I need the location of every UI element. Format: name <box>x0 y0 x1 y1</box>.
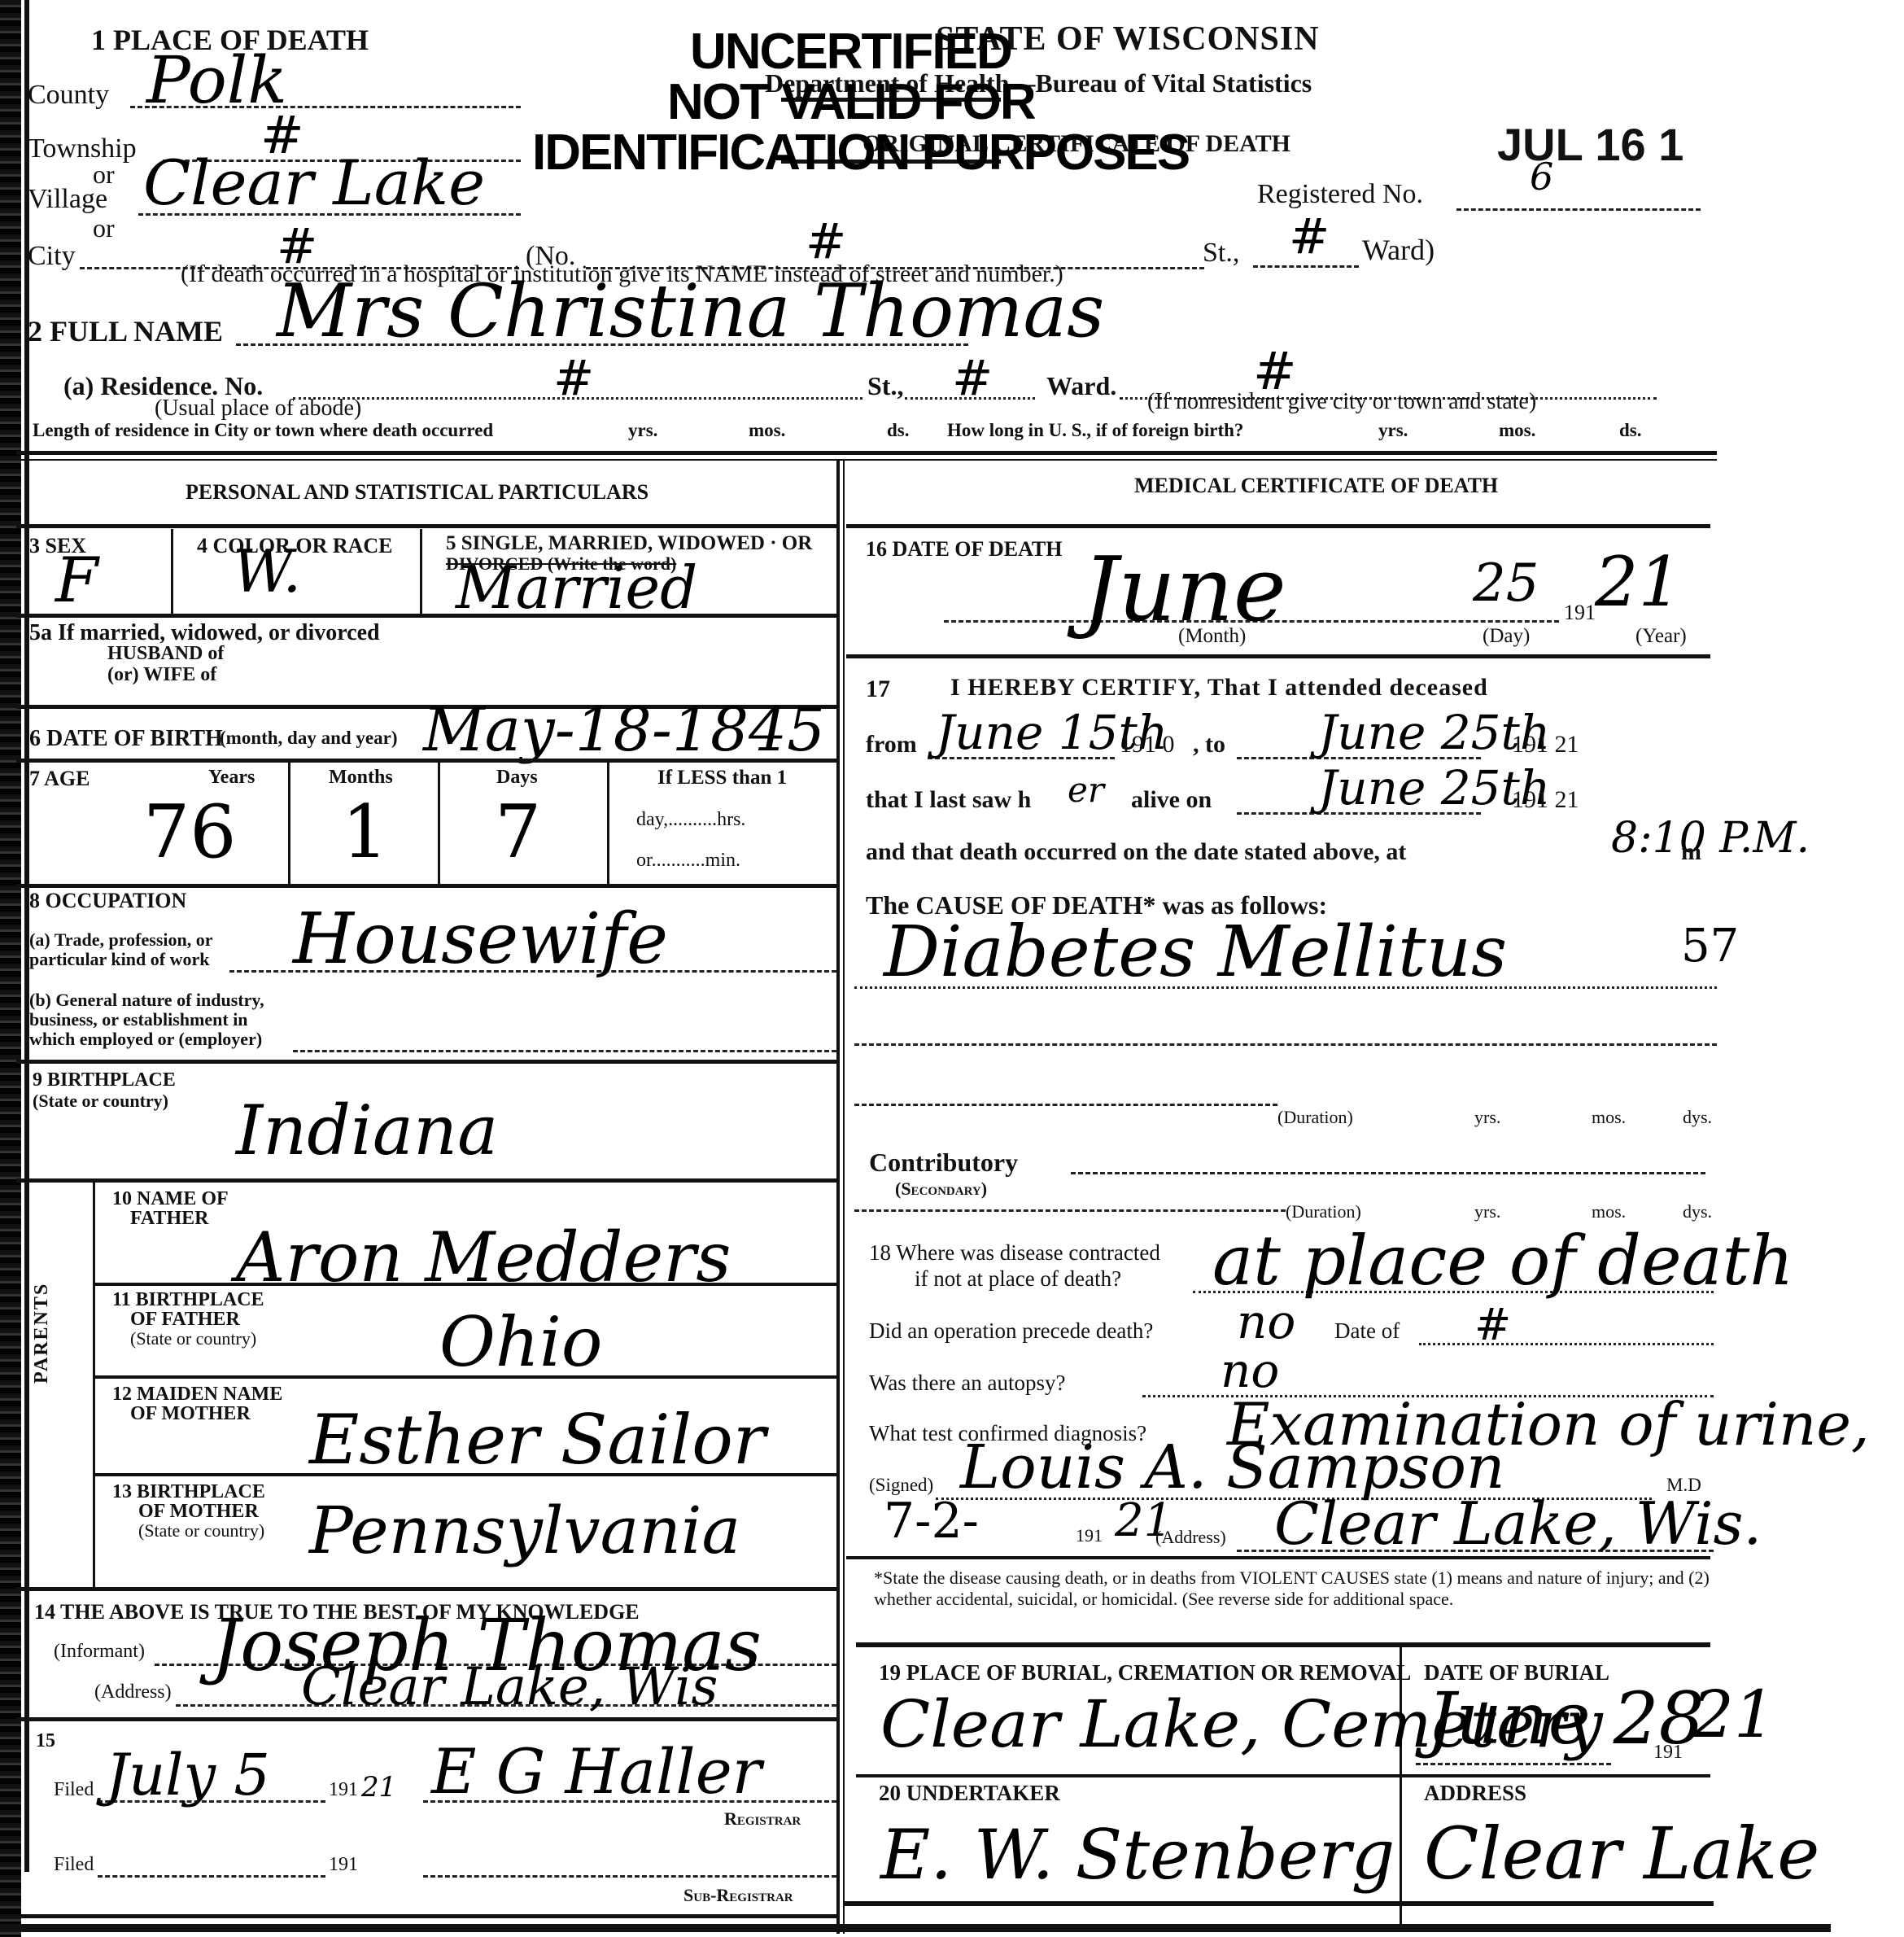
dob-value[interactable]: May-18-1845 <box>423 695 825 765</box>
informant-address-label: (Address) <box>94 1681 172 1703</box>
rule-after-footnote <box>856 1642 1710 1647</box>
or-label-2: or <box>93 213 115 243</box>
foreign-mos: mos. <box>1499 420 1535 441</box>
uncertified-stamp-line3: IDENTIFICATION PURPOSES <box>532 124 1189 181</box>
street-label: St., <box>1203 238 1239 269</box>
rule-before-footnote <box>846 1556 1710 1559</box>
marital-value[interactable]: Married <box>456 553 697 622</box>
age-div-3 <box>607 762 609 884</box>
undertaker-value[interactable]: E. W. Stenberg <box>880 1815 1395 1895</box>
left-binding-edge <box>0 0 21 1937</box>
rule-after-age <box>16 884 838 888</box>
subregistrar-line <box>423 1875 836 1878</box>
last-saw-label: that I last saw h <box>866 786 1031 814</box>
date-of-death-day[interactable]: 25 <box>1473 553 1539 614</box>
duration-mos: mos. <box>1592 1107 1626 1128</box>
duration-mos-2: mos. <box>1592 1201 1626 1222</box>
county-label: County <box>28 80 109 111</box>
foreign-yrs: yrs. <box>1378 420 1408 441</box>
rule-after-mother <box>94 1473 838 1476</box>
occupation-label: 8 OCCUPATION <box>29 889 186 913</box>
physician-address-label: (Address) <box>1155 1527 1226 1548</box>
rule-after-occupation <box>16 1060 838 1064</box>
filed-label: Filed <box>54 1779 94 1801</box>
page-bottom-edge <box>0 1924 1831 1932</box>
trade-value[interactable]: Housewife <box>293 899 668 980</box>
father-birthplace-value[interactable]: Ohio <box>439 1302 602 1382</box>
husband-of-label: HUSBAND of <box>107 643 224 665</box>
rule-after-father-bp <box>94 1375 838 1379</box>
residence-ward-label: Ward. <box>1046 371 1116 401</box>
column-divider-thin <box>843 461 845 1934</box>
contributory-line-2 <box>854 1209 1286 1212</box>
contracted-value[interactable]: at place of death <box>1212 1221 1794 1301</box>
filed-year-prefix: 191 <box>329 1779 358 1801</box>
full-name-value[interactable]: Mrs Christina Thomas <box>277 269 1104 354</box>
age-months-label: Months <box>329 767 393 789</box>
informant-label: (Informant) <box>54 1641 145 1663</box>
father-birthplace-label: 11 BIRTHPLACE <box>112 1289 264 1311</box>
wife-of-label: (or) WIFE of <box>107 664 216 686</box>
rule-bottom-left <box>16 1914 838 1918</box>
operation-date-value[interactable]: # <box>1474 1299 1511 1350</box>
attended-from-year[interactable]: 191 0 <box>1120 731 1175 759</box>
month-caption: (Month) <box>1178 625 1246 648</box>
column-divider <box>836 461 840 1934</box>
contracted-label: 18 Where was disease contracted <box>869 1240 1160 1266</box>
age-years-label: Years <box>208 767 255 789</box>
rule-personal-header <box>16 524 838 528</box>
registrar-signature[interactable]: E G Haller <box>431 1735 762 1808</box>
length-ds: ds. <box>887 420 910 441</box>
alive-on-year[interactable]: 191 21 <box>1512 786 1579 814</box>
rule-after-informant <box>16 1717 838 1721</box>
received-date-stamp: JUL 16 1 <box>1497 118 1683 171</box>
death-time-value[interactable]: 8:10 P.M. <box>1611 814 1810 863</box>
operation-date-label: Date of <box>1334 1318 1400 1344</box>
rule-after-mother-bp <box>16 1587 838 1591</box>
foreign-ds: ds. <box>1619 420 1642 441</box>
father-name-label-2: FATHER <box>130 1208 208 1230</box>
township-label: Township <box>28 133 137 164</box>
registrar-label: Registrar <box>724 1808 801 1830</box>
burial-year-value[interactable]: 21 <box>1692 1677 1775 1752</box>
cause-code-value[interactable]: 57 <box>1681 920 1739 973</box>
usual-abode-note: (Usual place of abode) <box>155 396 361 422</box>
birthplace-label: 9 BIRTHPLACE <box>33 1069 176 1091</box>
cause-footnote: *State the disease causing death, or in … <box>874 1568 1712 1610</box>
ward-label: Ward) <box>1362 233 1435 267</box>
duration-yrs-2: yrs. <box>1474 1201 1500 1222</box>
filed-value[interactable]: July 5 <box>106 1742 270 1808</box>
certify-text: I HEREBY CERTIFY, That I attended deceas… <box>950 674 1488 702</box>
filing-number: 15 <box>36 1730 55 1752</box>
filed-year-value[interactable]: 21 <box>361 1771 396 1804</box>
contracted-label-2: if not at place of death? <box>915 1266 1121 1292</box>
race-value[interactable]: W. <box>233 537 301 606</box>
undertaker-label: 20 UNDERTAKER <box>879 1781 1060 1806</box>
alive-on-label: alive on <box>1131 786 1212 814</box>
mother-birthplace-label-3: (State or country) <box>138 1520 264 1541</box>
nonresident-note: (If nonresident give city or town and st… <box>1147 389 1536 415</box>
race-marital-divider <box>420 529 422 614</box>
marital-label: 5 SINGLE, MARRIED, WIDOWED · OR <box>446 532 812 555</box>
duration-dys: dys. <box>1683 1107 1712 1128</box>
length-mos: mos. <box>749 420 785 441</box>
duration-yrs: yrs. <box>1474 1107 1500 1128</box>
length-residence-label: Length of residence in City or town wher… <box>33 420 493 441</box>
informant-address-value[interactable]: Clear Lake, Wis <box>301 1657 718 1717</box>
date-of-death-label: 16 DATE OF DEATH <box>866 537 1062 562</box>
father-birthplace-label-3: (State or country) <box>130 1328 256 1349</box>
undertaker-address-label: ADDRESS <box>1424 1781 1526 1806</box>
dob-label: 6 DATE OF BIRTH <box>29 726 223 752</box>
last-saw-pronoun[interactable]: er <box>1068 770 1104 810</box>
uncertified-stamp-line2: NOT VALID FOR <box>667 73 1035 131</box>
mother-birthplace-label-2: OF MOTHER <box>138 1501 259 1523</box>
city-label: City <box>28 241 76 272</box>
year-caption: (Year) <box>1635 625 1687 648</box>
sex-value[interactable]: F <box>55 544 98 616</box>
personal-particulars-header: PERSONAL AND STATISTICAL PARTICULARS <box>186 480 648 505</box>
parents-vertical-label: PARENTS <box>31 1283 53 1384</box>
section-divider-top-thin <box>16 459 1717 461</box>
attended-to-year[interactable]: 191 21 <box>1512 731 1579 759</box>
rule-medical-header <box>846 524 1710 528</box>
burial-place-label: 19 PLACE OF BURIAL, CREMATION OR REMOVAL <box>879 1660 1411 1686</box>
death-occurred-label: and that death occurred on the date stat… <box>866 838 1406 866</box>
parents-divider <box>93 1182 95 1589</box>
industry-label-2: business, or establishment in <box>29 1009 248 1030</box>
filed2-year-prefix: 191 <box>329 1854 358 1876</box>
length-yrs: yrs. <box>628 420 657 441</box>
less-or-min: or...........min. <box>636 850 740 872</box>
burial-year-prefix: 191 <box>1653 1742 1683 1764</box>
rule-after-birthplace <box>16 1178 838 1183</box>
duration-label: (Duration) <box>1277 1107 1353 1128</box>
residence-street-label: St., <box>867 371 903 401</box>
filed2-line <box>98 1875 325 1878</box>
residence-no-value[interactable]: # <box>553 350 594 407</box>
industry-line <box>293 1050 836 1052</box>
medical-certificate-header: MEDICAL CERTIFICATE OF DEATH <box>1134 474 1498 498</box>
date-of-death-year-prefix: 191 <box>1564 601 1596 625</box>
secondary-label: (Secondary) <box>895 1178 987 1200</box>
age-months-value[interactable]: 1 <box>342 789 388 875</box>
day-caption: (Day) <box>1483 625 1530 648</box>
mother-name-label: 12 MAIDEN NAME <box>112 1384 282 1406</box>
full-name-label: 2 FULL NAME <box>28 314 223 348</box>
subregistrar-label: Sub-Registrar <box>683 1885 793 1906</box>
rule-after-sex <box>16 614 838 618</box>
less-day-hrs: day,..........hrs. <box>636 809 745 831</box>
sex-race-divider <box>171 529 173 614</box>
uncertified-stamp-line1: UNCERTIFIED <box>690 23 1011 81</box>
father-birthplace-label-2: OF FATHER <box>130 1309 240 1331</box>
autopsy-label: Was there an autopsy? <box>869 1371 1065 1396</box>
age-days-value[interactable]: 7 <box>495 789 541 875</box>
date-of-death-year[interactable]: 21 <box>1595 542 1682 622</box>
section-divider-top <box>16 451 1717 455</box>
mother-birthplace-value[interactable]: Pennsylvania <box>309 1493 740 1568</box>
age-label: 7 AGE <box>29 767 90 791</box>
signed-year-prefix: 191 <box>1076 1525 1103 1546</box>
age-div-2 <box>438 762 440 884</box>
age-years-value[interactable]: 76 <box>143 789 237 875</box>
rule-after-father <box>94 1283 838 1286</box>
cause-of-death-value[interactable]: Diabetes Mellitus <box>884 912 1507 993</box>
certify-number: 17 <box>866 676 890 703</box>
cause-line-2 <box>854 1043 1717 1046</box>
industry-label-3: which employed or (employer) <box>29 1029 262 1050</box>
rule-bottom-right <box>843 1901 1714 1906</box>
less-than-label: If LESS than 1 <box>657 767 787 789</box>
cause-line-3 <box>854 1104 1277 1106</box>
attended-from-label: from <box>866 731 917 759</box>
registered-no-label: Registered No. <box>1257 179 1423 210</box>
age-days-label: Days <box>496 767 538 789</box>
burial-date-line <box>1416 1763 1611 1765</box>
registered-no-line <box>1456 208 1701 211</box>
attended-to-label: , to <box>1193 731 1225 759</box>
birthplace-sublabel: (State or country) <box>33 1091 168 1112</box>
rule-after-dob <box>16 759 838 763</box>
rule-after-burial <box>856 1774 1710 1777</box>
industry-label: (b) General nature of industry, <box>29 990 264 1011</box>
village-label: Village <box>28 184 107 215</box>
contributory-label: Contributory <box>869 1148 1018 1178</box>
undertaker-address-value[interactable]: Clear Lake <box>1424 1812 1819 1895</box>
dob-sublabel: (month, day and year) <box>220 728 398 749</box>
operation-date-line <box>1419 1343 1714 1345</box>
trade-label-2: particular kind of work <box>29 949 209 970</box>
mother-name-label-2: OF MOTHER <box>130 1403 251 1425</box>
birthplace-value[interactable]: Indiana <box>236 1091 498 1170</box>
signed-date-value[interactable]: 7-2- <box>884 1493 979 1550</box>
father-name-label: 10 NAME OF <box>112 1188 229 1210</box>
village-value[interactable]: Clear Lake <box>143 146 485 219</box>
operation-label: Did an operation precede death? <box>869 1318 1153 1344</box>
operation-value[interactable]: no <box>1237 1294 1295 1349</box>
age-div-1 <box>288 762 290 884</box>
duration-label-2: (Duration) <box>1286 1201 1361 1222</box>
rule-after-dod <box>846 654 1710 658</box>
death-time-suffix: m <box>1681 838 1701 866</box>
registered-no-value[interactable]: 6 <box>1530 155 1553 199</box>
trade-label: (a) Trade, profession, or <box>29 929 213 951</box>
foreign-birth-label: How long in U. S., if of foreign birth? <box>947 420 1243 441</box>
duration-dys-2: dys. <box>1683 1201 1712 1222</box>
residence-street-value[interactable]: # <box>952 350 993 407</box>
physician-address-value[interactable]: Clear Lake, Wis. <box>1274 1489 1762 1558</box>
mother-name-value[interactable]: Esther Sailor <box>309 1400 766 1480</box>
street-ward-line <box>1253 265 1359 268</box>
contributory-line <box>1071 1172 1705 1174</box>
mother-birthplace-label: 13 BIRTHPLACE <box>112 1481 265 1503</box>
filed2-label: Filed <box>54 1854 94 1876</box>
ward-value[interactable]: # <box>1289 208 1330 265</box>
